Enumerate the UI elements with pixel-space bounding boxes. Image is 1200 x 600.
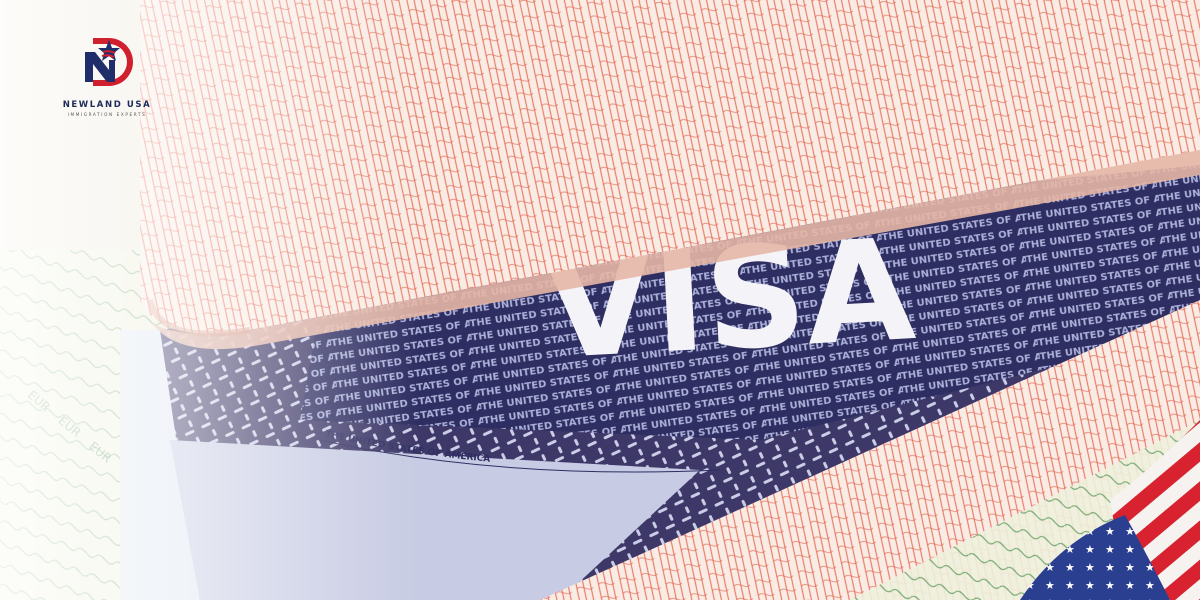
brand-name: NEWLAND USA [52,100,162,110]
brand-tagline: IMMIGRATION EXPERTS [52,112,162,117]
visa-photo-illustration: THE UNITED STATES OF AMERICA ★ EUR EUR E… [0,0,1200,600]
star-n-d-logo-icon [75,30,139,94]
banner-photo: THE UNITED STATES OF AMERICA ★ EUR EUR E… [0,0,1200,600]
brand-logo: NEWLAND USA IMMIGRATION EXPERTS [52,30,162,117]
